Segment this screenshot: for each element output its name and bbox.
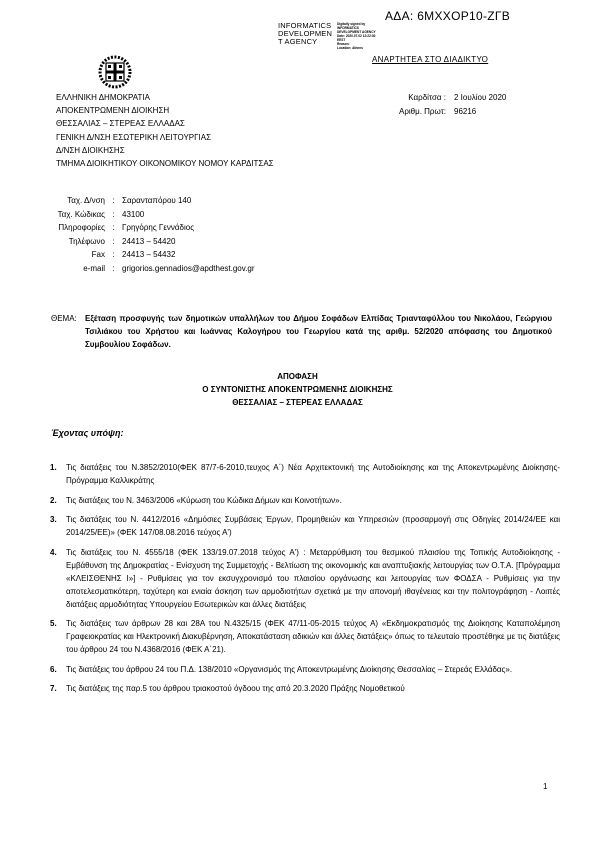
publish-notice: ΑΝΑΡΤΗΤΕΑ ΣΤΟ ΔΙΑΔΙΚΤΥΟ [372, 55, 488, 64]
org-line: ΘΕΣΣΑΛΙΑΣ – ΣΤΕΡΕΑΣ ΕΛΛΑΔΑΣ [56, 117, 274, 130]
item-number: 4. [50, 546, 66, 611]
ada-code: ΑΔΑ: 6ΜΧΧΟΡ10-ΖΓΒ [385, 9, 510, 23]
list-item: 6.Τις διατάξεις του άρθρου 24 του Π.Δ. 1… [50, 663, 560, 676]
org-line: Δ/ΝΣΗ ΔΙΟΙΚΗΣΗΣ [56, 144, 274, 157]
subject-text: Εξέταση προσφυγής των δημοτικών υπαλλήλω… [85, 312, 552, 351]
contact-postal-code: 43100 [122, 208, 144, 222]
list-item: 3.Τις διατάξεις του Ν. 4412/2016 «Δημόσι… [50, 513, 560, 539]
document-date: 2 Ιουλίου 2020 [454, 91, 506, 105]
item-number: 7. [50, 682, 66, 695]
having-regard-heading: Έχοντας υπόψη: [51, 428, 124, 438]
signature-line: Location: Athens [337, 46, 376, 50]
item-number: 3. [50, 513, 66, 539]
org-line: ΑΠΟΚΕΝΤΡΩΜΕΝΗ ΔΙΟΙΚΗΣΗ [56, 104, 274, 117]
protocol-label: Αριθμ. Πρωτ: [383, 105, 446, 119]
contact-email[interactable]: grigorios.gennadios@apdthest.gov.gr [122, 262, 255, 276]
org-line: ΤΜΗΜΑ ΔΙΟΙΚΗΤΙΚΟΥ ΟΙΚΟΝΟΜΙΚΟΥ ΝΟΜΟΥ ΚΑΡΔ… [56, 157, 274, 170]
digital-signature-block: Digitally signed by INFORMATICS DEVELOPM… [337, 22, 376, 50]
item-number: 6. [50, 663, 66, 676]
item-number: 5. [50, 617, 66, 656]
document-meta: Καρδίτσα : 2 Ιουλίου 2020 Αριθμ. Πρωτ: 9… [383, 91, 506, 118]
item-text: Τις διατάξεις του Ν. 3463/2006 «Κύρωση τ… [66, 494, 560, 507]
organization-header: ΕΛΛΗΝΙΚΗ ΔΗΜΟΚΡΑΤΙΑ ΑΠΟΚΕΝΤΡΩΜΕΝΗ ΔΙΟΙΚΗ… [56, 91, 274, 170]
item-text: Τις διατάξεις του άρθρου 24 του Π.Δ. 138… [66, 663, 560, 676]
list-item: 4.Τις διατάξεις του Ν. 4555/18 (ΦΕΚ 133/… [50, 546, 560, 611]
org-line: ΕΛΛΗΝΙΚΗ ΔΗΜΟΚΡΑΤΙΑ [56, 91, 274, 104]
item-number: 1. [50, 461, 66, 487]
item-text: Τις διατάξεις του Ν.3852/2010(ΦΕΚ 87/7-6… [66, 461, 560, 487]
logo-line: T AGENCY [278, 38, 332, 46]
contact-label: e-mail [50, 262, 105, 276]
org-line: ΓΕΝΙΚΗ Δ/ΝΣΗ ΕΣΩΤΕΡΙΚΗ ΛΕΙΤΟΥΡΓΙΑΣ [56, 131, 274, 144]
contact-label: Πληροφορίες [50, 221, 105, 235]
item-text: Τις διατάξεις των άρθρων 28 και 28Α του … [66, 617, 560, 656]
protocol-number: 96216 [454, 105, 476, 119]
decision-title: ΑΠΟΦΑΣΗ [0, 370, 595, 383]
list-item: 5.Τις διατάξεις των άρθρων 28 και 28Α το… [50, 617, 560, 656]
decision-heading: ΑΠΟΦΑΣΗ Ο ΣΥΝΤΟΝΙΣΤΗΣ ΑΠΟΚΕΝΤΡΩΜΕΝΗΣ ΔΙΟ… [0, 370, 595, 410]
contact-address: Σαρανταπόρου 140 [122, 194, 191, 208]
contact-details: Ταχ. Δ/νση:Σαρανταπόρου 140 Ταχ. Κώδικας… [50, 194, 255, 275]
item-text: Τις διατάξεις του Ν. 4412/2016 «Δημόσιες… [66, 513, 560, 539]
contact-person: Γρηγόρης Γεννάδιος [122, 221, 194, 235]
item-text: Τις διατάξεις του Ν. 4555/18 (ΦΕΚ 133/19… [66, 546, 560, 611]
informatics-logo: INFORMATICS DEVELOPMEN T AGENCY [278, 22, 332, 46]
contact-label: Fax [50, 248, 105, 262]
contact-label: Ταχ. Κώδικας [50, 208, 105, 222]
subject-label: ΘΕΜΑ: [51, 312, 85, 351]
subject-block: ΘΕΜΑ: Εξέταση προσφυγής των δημοτικών υπ… [51, 312, 556, 351]
decision-authority: Ο ΣΥΝΤΟΝΙΣΤΗΣ ΑΠΟΚΕΝΤΡΩΜΕΝΗΣ ΔΙΟΙΚΗΣΗΣ [0, 383, 595, 396]
decision-region: ΘΕΣΣΑΛΙΑΣ – ΣΤΕΡΕΑΣ ΕΛΛΑΔΑΣ [0, 396, 595, 409]
contact-label: Ταχ. Δ/νση [50, 194, 105, 208]
list-item: 7.Τις διατάξεις της παρ.5 του άρθρου τρι… [50, 682, 560, 695]
item-number: 2. [50, 494, 66, 507]
list-item: 2.Τις διατάξεις του Ν. 3463/2006 «Κύρωση… [50, 494, 560, 507]
list-item: 1.Τις διατάξεις του Ν.3852/2010(ΦΕΚ 87/7… [50, 461, 560, 487]
contact-label: Τηλέφωνο [50, 235, 105, 249]
greek-emblem-icon [95, 54, 135, 89]
legal-basis-list: 1.Τις διατάξεις του Ν.3852/2010(ΦΕΚ 87/7… [50, 461, 560, 702]
place-label: Καρδίτσα : [383, 91, 446, 105]
contact-fax: 24413 – 54432 [122, 248, 175, 262]
contact-phone: 24413 – 54420 [122, 235, 175, 249]
page-number: 1 [543, 782, 547, 791]
item-text: Τις διατάξεις της παρ.5 του άρθρου τριακ… [66, 682, 560, 695]
